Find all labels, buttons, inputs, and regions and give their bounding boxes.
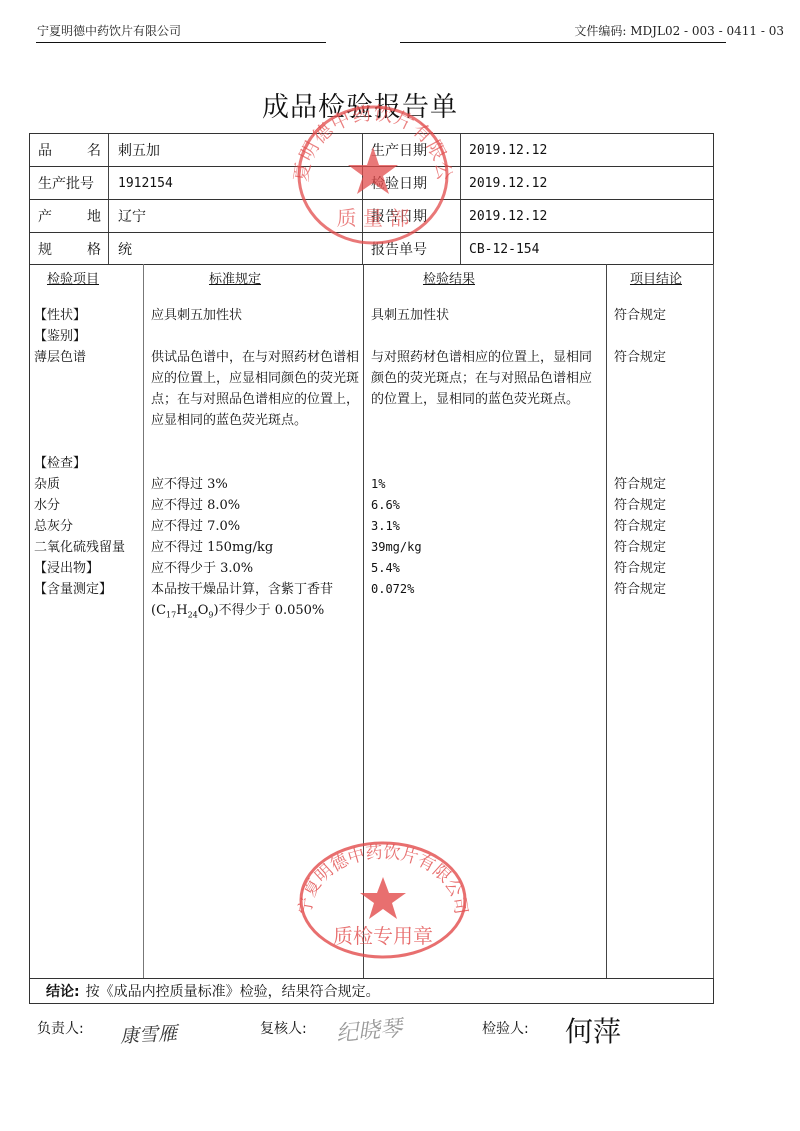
column-header-item: 检验项目 (30, 268, 116, 287)
result-tlc: 与对照药材色谱相应的位置上，显相同颜色的荧光斑点；在与对照品色谱相应的位置上，显… (371, 347, 601, 410)
info-row-origin: 产 地 辽宁 报告日期 2019.12.12 (30, 200, 713, 233)
conclusion-total-ash: 符合规定 (614, 516, 666, 537)
value-product-name: 刺五加 (118, 134, 368, 166)
signature-label-responsible: 负责人: (37, 1018, 84, 1038)
info-row-batch: 生产批号 1912154 检验日期 2019.12.12 (30, 167, 713, 200)
label-char: 品 (38, 140, 52, 160)
column-header-result: 检验结果 (364, 268, 534, 287)
conclusion-assay: 符合规定 (614, 579, 666, 600)
conclusion-impurity: 符合规定 (614, 474, 666, 495)
item-appearance: 【性状】 (34, 305, 86, 326)
formula-h: 24 (188, 611, 198, 620)
item-impurity: 杂质 (34, 474, 60, 495)
result-extractives: 5.4% (371, 558, 400, 579)
label-batch-number: 生产批号 (30, 167, 109, 199)
standard-sulfur-dioxide: 应不得过 150mg/kg (151, 537, 273, 558)
conclusion-text: 按《成品内控质量标准》检验，结果符合规定。 (86, 981, 380, 1001)
formula-suffix: )不得少于 0.050% (214, 603, 325, 618)
label-char: 名 (87, 140, 101, 160)
value-inspection-date: 2019.12.12 (469, 167, 709, 199)
result-appearance: 具刺五加性状 (371, 305, 449, 326)
item-identification: 【鉴别】 (34, 326, 86, 347)
label-inspection-date: 检验日期 (371, 167, 461, 199)
formula-h-symbol: H (176, 603, 187, 618)
info-table: 品 名 刺五加 生产日期 2019.12.12 生产批号 1912154 检验日… (29, 133, 714, 265)
standard-assay-formula: (C17H24O9)不得少于 0.050% (151, 600, 324, 626)
label-origin: 产 地 (30, 200, 109, 232)
document-number-value: MDJL02 - 003 - 0411 - 03 (630, 24, 784, 38)
label-text: 生产批号 (38, 173, 94, 193)
standard-appearance: 应具刺五加性状 (151, 305, 242, 326)
info-row-spec: 规 格 统 报告单号 CB-12-154 (30, 233, 713, 265)
item-total-ash: 总灰分 (34, 516, 73, 537)
column-header-standard: 标准规定 (144, 268, 326, 287)
formula-prefix: (C (151, 603, 166, 618)
item-assay: 【含量测定】 (34, 579, 112, 600)
standard-assay: 本品按干燥品计算，含紫丁香苷 (151, 579, 333, 600)
divider (30, 264, 713, 265)
standard-tlc: 供试品色谱中，在与对照药材色谱相应的位置上，应显相同颜色的荧光斑点；在与对照品色… (151, 347, 359, 431)
conclusion-row: 结论: 按《成品内控质量标准》检验，结果符合规定。 (29, 978, 714, 1004)
label-char: 地 (87, 206, 101, 226)
document-number: 文件编码: MDJL02 - 003 - 0411 - 03 (574, 22, 784, 39)
page-title: 成品检验报告单 (0, 85, 720, 124)
value-batch-number: 1912154 (118, 167, 368, 199)
value-specification: 统 (118, 233, 368, 265)
item-moisture: 水分 (34, 495, 60, 516)
label-report-number: 报告单号 (371, 233, 461, 265)
label-production-date: 生产日期 (371, 134, 461, 166)
label-char: 产 (38, 206, 52, 226)
label-specification: 规 格 (30, 233, 109, 265)
value-report-date: 2019.12.12 (469, 200, 709, 232)
formula-o-symbol: O (198, 603, 209, 618)
result-total-ash: 3.1% (371, 516, 400, 537)
column-header-conclusion: 项目结论 (607, 268, 705, 287)
result-impurity: 1% (371, 474, 385, 495)
conclusion-moisture: 符合规定 (614, 495, 666, 516)
conclusion-extractives: 符合规定 (614, 558, 666, 579)
header-rule-left (36, 42, 326, 43)
formula-c: 17 (166, 611, 176, 620)
divider (363, 264, 364, 978)
header-rule-right (400, 42, 726, 43)
company-name: 宁夏明德中药饮片有限公司 (37, 22, 181, 39)
signature-responsible: 康雪雁 (119, 1019, 177, 1049)
conclusion-sulfur-dioxide: 符合规定 (614, 537, 666, 558)
value-origin: 辽宁 (118, 200, 368, 232)
item-tests: 【检查】 (34, 453, 86, 474)
signature-label-inspector: 检验人: (482, 1018, 529, 1038)
item-tlc: 薄层色谱 (34, 347, 86, 368)
standard-extractives: 应不得少于 3.0% (151, 558, 253, 579)
results-table: 检验项目 标准规定 检验结果 项目结论 【性状】 应具刺五加性状 具刺五加性状 … (29, 264, 714, 978)
value-report-number: CB-12-154 (469, 233, 709, 265)
label-char: 规 (38, 239, 52, 259)
label-report-date: 报告日期 (371, 200, 461, 232)
standard-total-ash: 应不得过 7.0% (151, 516, 240, 537)
result-moisture: 6.6% (371, 495, 400, 516)
item-sulfur-dioxide: 二氧化硫残留量 (34, 537, 125, 558)
document-number-label: 文件编码: (574, 24, 626, 38)
result-sulfur-dioxide: 39mg/kg (371, 537, 422, 558)
standard-moisture: 应不得过 8.0% (151, 495, 240, 516)
conclusion-tlc: 符合规定 (614, 347, 666, 368)
signature-label-reviewer: 复核人: (260, 1018, 307, 1038)
value-production-date: 2019.12.12 (469, 134, 709, 166)
signature-reviewer: 纪晓琴 (335, 1011, 403, 1048)
conclusion-label: 结论: (46, 981, 80, 1001)
label-char: 格 (87, 239, 101, 259)
divider (143, 264, 144, 978)
standard-impurity: 应不得过 3% (151, 474, 228, 495)
divider (606, 264, 607, 978)
result-assay: 0.072% (371, 579, 414, 600)
signature-inspector: 何萍 (565, 1010, 621, 1050)
item-extractives: 【浸出物】 (34, 558, 99, 579)
conclusion-appearance: 符合规定 (614, 305, 666, 326)
info-row-product: 品 名 刺五加 生产日期 2019.12.12 (30, 134, 713, 167)
label-product-name: 品 名 (30, 134, 109, 166)
